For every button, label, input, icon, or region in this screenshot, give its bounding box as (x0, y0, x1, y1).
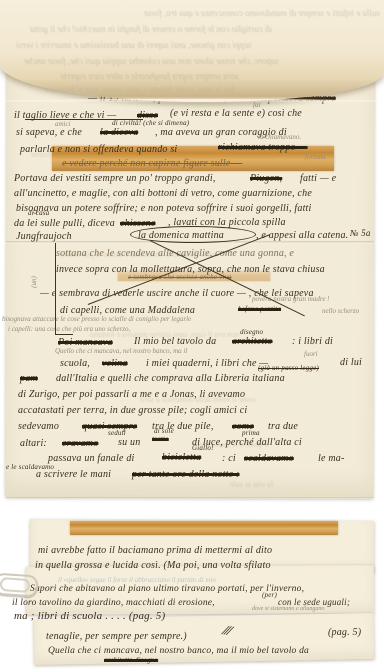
ms-line: le ma- (318, 453, 344, 464)
curl-ghost-line: sera sempre sopra funghearle e altre car… (60, 71, 239, 81)
ms-line: Il mio bel tavolo da (134, 336, 216, 347)
ms-line: il loro tavolino da giardino, macchiati … (12, 598, 215, 608)
struck-word: richiamava troppo — (218, 142, 308, 153)
ms-line: all'uncinetto, e maglie, con alti botton… (14, 188, 312, 199)
ms-line: a scrivere le mani (36, 469, 111, 480)
struck-line-on-tape: e vedere perché non capirne figure sulle… (62, 158, 242, 169)
pencil-note: Quello che ci mancava, nel nostro banco,… (55, 347, 187, 355)
ms-line: (e vi resta e la sente e) così che (170, 108, 302, 119)
struck-line-on-tape: e sembrava che uscisse anche viva (128, 273, 232, 281)
faint-blue-note: il «quello» segue il forse il abbraccian… (58, 576, 216, 584)
interline-note: seduti (108, 429, 126, 437)
struck-word: per tante ore della notte : (132, 469, 240, 480)
margin-bracket (55, 243, 56, 335)
struck-word: velina (102, 358, 128, 369)
interline-note: di sole (154, 427, 174, 435)
ms-line: bisognava un potere soffrire; e non pote… (16, 203, 312, 214)
manuscript-photo: più forse dei nostri anni, e sprecavano … (0, 0, 384, 672)
ms-line: scuola, (60, 358, 90, 369)
ms-line: tra due (268, 421, 298, 432)
pencil-note: la chiamavano. (258, 133, 301, 141)
page-number-note: (pag. 5) (328, 627, 361, 638)
curled-page-edge (0, 99, 384, 103)
paperclip-icon (0, 573, 37, 596)
ms-line: ma ; libri di scuola . . . . (pag. 5) (14, 610, 165, 622)
struck-word: bicicletta (162, 452, 201, 463)
ms-line: su un (118, 437, 140, 448)
struck-word: architetto (232, 336, 273, 347)
ms-line: fatti — e (300, 173, 336, 184)
curl-ghost-line: seppi con ginone, anzi saprei di una bas… (16, 40, 251, 50)
ms-line: Portava dei vestiti sempre un po' troppo… (14, 173, 216, 184)
ms-line: accatastati per terra, in due grosse pil… (18, 405, 247, 416)
ms-line: passava un fanale di (48, 453, 135, 464)
interline-note: di casa (28, 209, 49, 217)
showthrough-text: la vita in sale (230, 480, 273, 489)
struck-word: tratto (152, 435, 169, 443)
ms-line: Jungfraujoch (16, 231, 72, 242)
ms-line: tenaglie, per sempre per sempre.) (46, 631, 187, 642)
struck-word: Piugen, (250, 173, 282, 184)
struck-word: pam (20, 373, 38, 384)
ms-line: : i libri di (292, 336, 333, 347)
struck-note: (già un passo legge) (258, 364, 319, 372)
pencil-note: nello scherzo (322, 307, 359, 315)
pencil-note: i capelli: una cosa che più era uno sche… (8, 325, 130, 333)
margin-bracket-foot (55, 334, 73, 335)
interline-note: (per) (262, 591, 277, 599)
struck-word: la diceva (100, 127, 138, 138)
page-bottom-edge (6, 497, 374, 499)
ms-line: di lui (340, 357, 362, 368)
tape-strip-bottom (70, 521, 338, 535)
struck-word: eravamo (62, 438, 98, 449)
curl-ghost-line: di cartiglio con le forme o cenere di fu… (30, 24, 272, 34)
page-mark: № 5a (350, 228, 371, 238)
struck-word: architetto disegno (104, 656, 158, 664)
pencil-note: dove si sistemano e allungano (252, 606, 324, 612)
curl-ghost-line: sulla e infatti e sempre di mandavano co… (20, 8, 380, 18)
interline-note: disegno (240, 328, 263, 336)
ms-line: di Zurigo, per poi passarli a me e a Jon… (18, 389, 245, 400)
pencil-note: amici (55, 120, 71, 128)
interline-note: Giallo! (192, 444, 214, 452)
ms-line: parlarla e non si offendeva quando si (20, 144, 177, 155)
ms-line: mi avrebbe fatto il baciamano prima di m… (38, 545, 272, 556)
margin-note-rotated: (un) (30, 276, 38, 288)
ms-line: sedevamo (18, 421, 59, 432)
curl-ghost-line: sapore, che tenne alone non una colomba … (24, 56, 279, 66)
struck-word: scaldavamo (244, 453, 294, 464)
ms-line: da lei sulle pulli, diceva (14, 218, 115, 229)
ms-line: : ci (222, 453, 236, 464)
curl-ghost-line: fra le sere, come fummo i gesti vinse, n… (44, 84, 234, 94)
ms-line: Quella che ci mancava, nel nostro banco,… (48, 646, 309, 656)
struck-word: befana pentita (238, 305, 281, 313)
pencil-note: fuori (304, 350, 318, 358)
pencil-note: bisognava attaccare le cose presso lo sc… (2, 315, 191, 323)
interline-note: prima (242, 429, 260, 437)
pencil-note: fortuna (305, 153, 326, 161)
underline-stroke (25, 119, 143, 120)
ms-line: i miei quaderni, i libri che — (146, 358, 268, 369)
ms-line: altari: (20, 438, 47, 449)
paperclip-inner-loop (0, 577, 30, 593)
ms-line: si sapeva, e che (16, 127, 82, 138)
ms-line: in quella grossa e lucida così. (Ma poi,… (35, 560, 271, 571)
ms-line: dall'Italia e quelli che comprava alla L… (56, 373, 285, 384)
